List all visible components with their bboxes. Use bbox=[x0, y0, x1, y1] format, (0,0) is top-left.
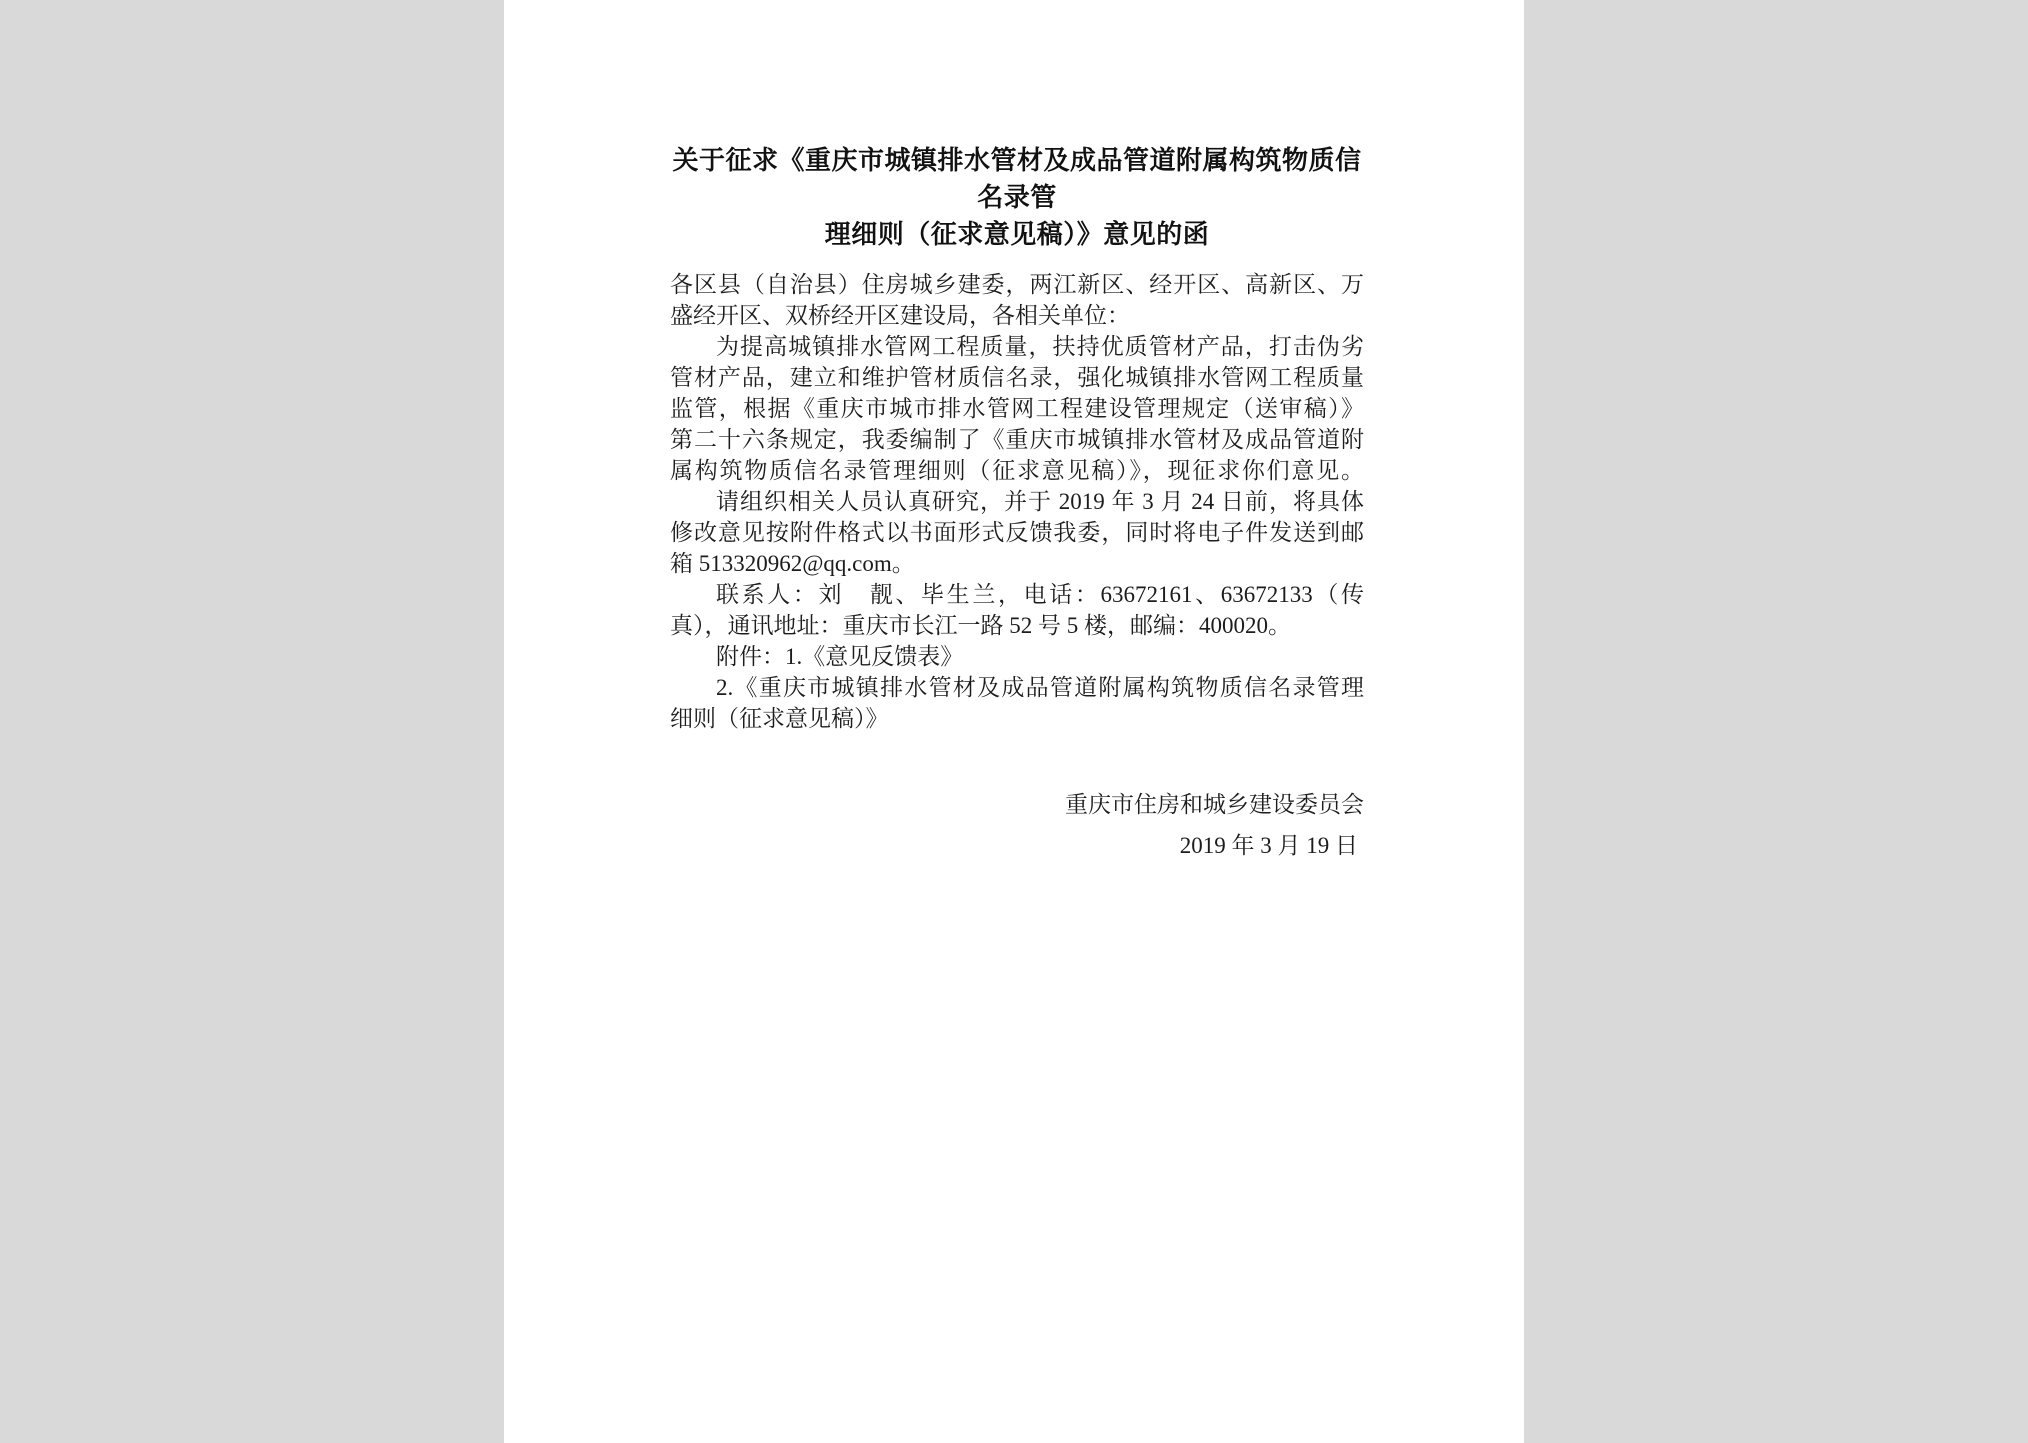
body-line: 真），通讯地址：重庆市长江一路 52 号 5 楼，邮编：400020。 bbox=[670, 610, 1364, 641]
body-line: 细则（征求意见稿）》 bbox=[670, 703, 1364, 734]
body-line: 附件：1.《意见反馈表》 bbox=[670, 641, 1364, 672]
body-line: 为提高城镇排水管网工程质量，扶持优质管材产品，打击伪劣 bbox=[670, 331, 1364, 362]
body-line: 各区县（自治县）住房城乡建委，两江新区、经开区、高新区、万 bbox=[670, 269, 1364, 300]
body-line: 请组织相关人员认真研究，并于 2019 年 3 月 24 日前，将具体 bbox=[670, 486, 1364, 517]
body-line: 箱 513320962@qq.com。 bbox=[670, 548, 1364, 579]
document-title-line-1: 关于征求《重庆市城镇排水管材及成品管道附属构筑物质信名录管 bbox=[670, 142, 1364, 216]
document-body: 各区县（自治县）住房城乡建委，两江新区、经开区、高新区、万盛经开区、双桥经开区建… bbox=[670, 269, 1364, 734]
body-line: 管材产品，建立和维护管材质信名录，强化城镇排水管网工程质量 bbox=[670, 362, 1364, 393]
document-title-line-2: 理细则（征求意见稿）》意见的函 bbox=[670, 216, 1364, 253]
body-line: 属构筑物质信名录管理细则（征求意见稿）》，现征求你们意见。 bbox=[670, 455, 1364, 486]
body-line: 修改意见按附件格式以书面形式反馈我委，同时将电子件发送到邮 bbox=[670, 517, 1364, 548]
body-line: 盛经开区、双桥经开区建设局，各相关单位： bbox=[670, 300, 1364, 331]
document-page: 关于征求《重庆市城镇排水管材及成品管道附属构筑物质信名录管 理细则（征求意见稿）… bbox=[504, 0, 1524, 1443]
body-line: 2.《重庆市城镇排水管材及成品管道附属构筑物质信名录管理 bbox=[670, 672, 1364, 703]
document-title: 关于征求《重庆市城镇排水管材及成品管道附属构筑物质信名录管 理细则（征求意见稿）… bbox=[670, 142, 1364, 253]
signature-block: 重庆市住房和城乡建设委员会 2019 年 3 月 19 日 bbox=[670, 784, 1364, 866]
body-line: 监管，根据《重庆市城市排水管网工程建设管理规定（送审稿）》 bbox=[670, 393, 1364, 424]
body-line: 第二十六条规定，我委编制了《重庆市城镇排水管材及成品管道附 bbox=[670, 424, 1364, 455]
signature-organization: 重庆市住房和城乡建设委员会 bbox=[670, 784, 1364, 825]
signature-date: 2019 年 3 月 19 日 bbox=[670, 825, 1364, 866]
body-line: 联系人：刘 靓、毕生兰，电话：63672161、63672133（传 bbox=[670, 579, 1364, 610]
